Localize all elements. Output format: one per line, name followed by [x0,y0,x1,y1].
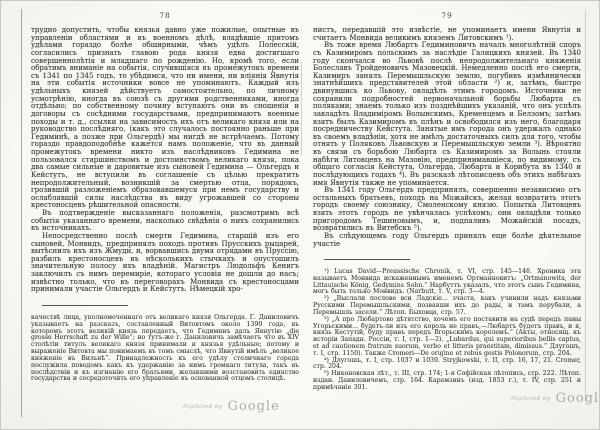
main-text-paragraph: Непосредственно послѣ смерти Гедимина, с… [31,233,299,294]
page-number-left: 78 [31,11,299,20]
footnote-text: ³) „А про Любартово дѣтятство, хочемъ ег… [313,317,581,358]
google-watermark: Digitized by Google [183,395,280,414]
main-text-paragraph: Въ 1341 году Ольгердъ предпринялъ, совер… [313,187,581,233]
main-text-paragraph: Въ подтвержденіе высказаннаго положенія,… [31,210,299,233]
watermark-digitized-label: Digitized by [183,404,222,410]
page-gutter-shadow [301,61,302,156]
footnote-text: ¹) Lucas David—Preussische Chronik, т. V… [313,269,581,296]
google-watermark: Digitized by Google [511,387,600,406]
footnote-text: ²) „Выслали послове вси Ладскіе... зчаст… [313,296,581,316]
watermark-google-logo: Google [556,391,600,406]
page-left: 78 трудно допустить, чтобы князья давно … [31,11,299,423]
book-scan-background: 78 трудно допустить, чтобы князья давно … [0,0,600,430]
watermark-digitized-label: Digitized by [511,396,550,402]
main-text-paragraph: трудно допустить, чтобы князья давно уже… [31,27,299,210]
main-text-paragraph: Въ слѣдующемъ году Ольгердъ принялъ еще … [313,233,581,248]
footnote-block-right: ¹) Lucas David—Preussische Chronik, т. V… [313,259,581,392]
footnote-text: качествѣ лица, уполномоченнаго отъ велик… [31,315,299,383]
watermark-google-logo: Google [228,399,280,414]
footnote-separator-rule [324,259,410,260]
footnote-separator-rule [42,305,128,306]
footnote-block-left: качествѣ лица, уполномоченнаго отъ велик… [31,305,299,383]
scan-edge-line-right [585,11,586,401]
page-right: 79 нистъ, передавшій это извѣстіе, не уп… [313,11,581,423]
scan-edge-line-left [21,9,22,417]
main-text-paragraph: нистъ, передавшій это извѣстіе, не упоми… [313,27,581,42]
page-number-right: 79 [313,11,581,20]
main-text-paragraph: Въ тоже время Любартъ Гедиминовичъ начал… [313,42,581,187]
